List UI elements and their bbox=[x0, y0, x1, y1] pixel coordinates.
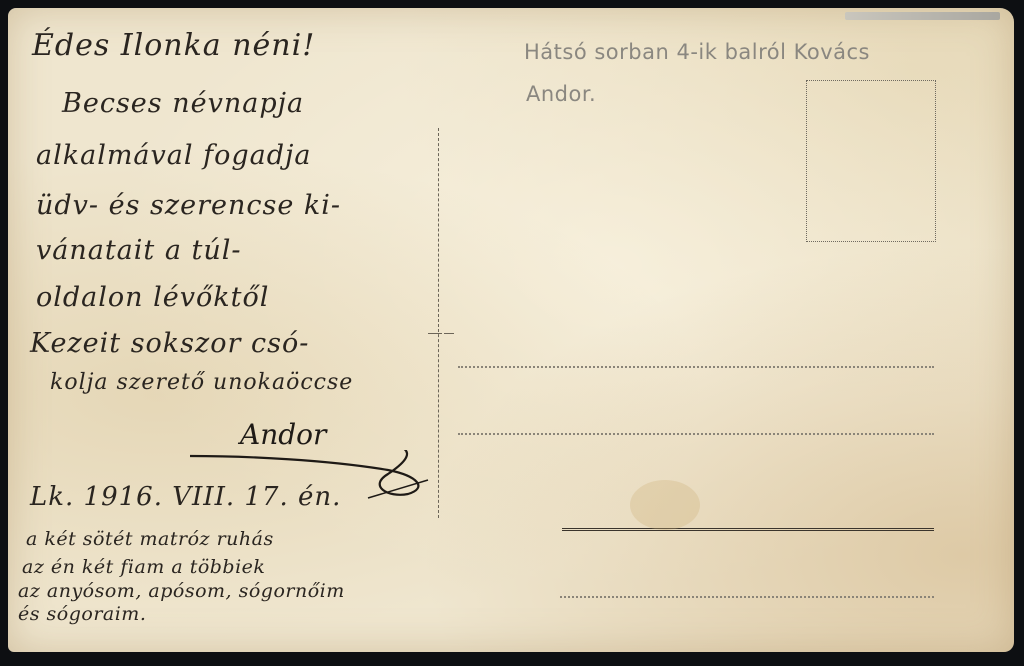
address-line bbox=[458, 366, 934, 368]
message-line: üdv- és szerencse ki- bbox=[36, 190, 341, 221]
tape-strip bbox=[845, 12, 1000, 20]
divider-tick bbox=[428, 333, 442, 334]
message-greeting: Édes Ilonka néni! bbox=[32, 28, 315, 63]
postscript-line: az én két fiam a többiek bbox=[22, 556, 265, 578]
divider-tick bbox=[444, 333, 454, 334]
address-line-bold bbox=[562, 528, 934, 531]
signature: Andor bbox=[240, 418, 326, 451]
address-line bbox=[560, 596, 934, 598]
message-line: alkalmával fogadja bbox=[36, 140, 311, 171]
message-line: Kezeit sokszor csó- bbox=[30, 328, 309, 359]
postscript-line: és sógoraim. bbox=[18, 603, 146, 625]
center-divider bbox=[438, 128, 439, 518]
pencil-note-line: Hátsó sorban 4-ik balról Kovács bbox=[524, 40, 870, 64]
postscript-line: a két sötét matróz ruhás bbox=[26, 528, 274, 550]
pencil-note-line: Andor. bbox=[526, 82, 596, 106]
message-line: vánatait a túl- bbox=[36, 235, 242, 266]
postscript-line: az anyósom, apósom, sógornőim bbox=[18, 580, 345, 602]
paper-stain bbox=[630, 480, 700, 530]
message-line: oldalon lévőktől bbox=[36, 282, 269, 313]
message-line: Becses névnapja bbox=[62, 88, 304, 119]
stamp-box bbox=[806, 80, 936, 242]
address-line bbox=[458, 433, 934, 435]
message-line: kolja szerető unokaöccse bbox=[50, 370, 353, 395]
date-line: Lk. 1916. VIII. 17. én. bbox=[30, 482, 341, 512]
